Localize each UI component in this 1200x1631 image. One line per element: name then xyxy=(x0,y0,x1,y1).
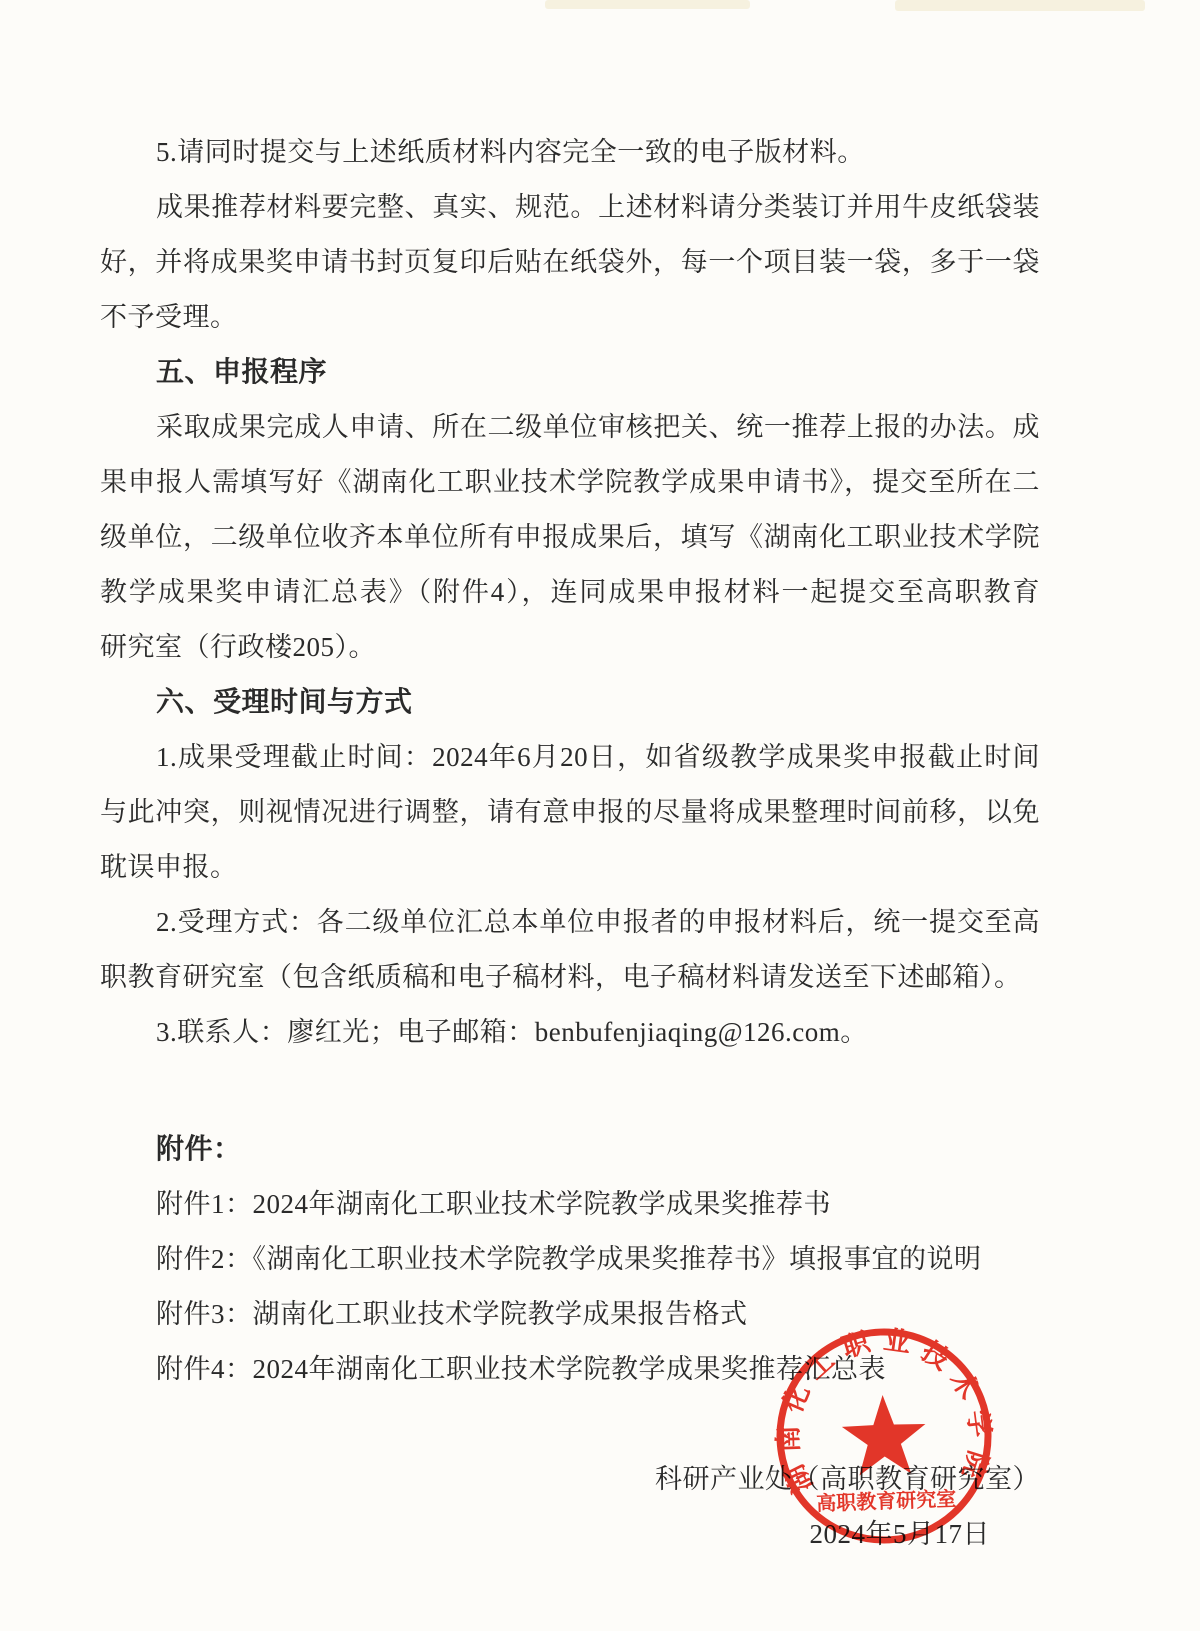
paragraph-line: 2.受理方式：各二级单位汇总本单位申报者的申报材料后，统一提交至高 xyxy=(100,895,1040,950)
paragraph-line: 好，并将成果奖申请书封页复印后贴在纸袋外，每一个项目装一袋，多于一袋 xyxy=(100,235,1040,290)
stamp-center-text: 高职教育研究室 xyxy=(816,1487,957,1516)
paragraph-line: 级单位，二级单位收齐本单位所有申报成果后，填写《湖南化工职业技术学院 xyxy=(100,510,1040,565)
attachment-item-1: 附件1：2024年湖南化工职业技术学院教学成果奖推荐书 xyxy=(100,1177,1040,1232)
paragraph-line: 耽误申报。 xyxy=(100,840,1040,895)
star-icon xyxy=(841,1394,927,1476)
attachments-heading: 附件： xyxy=(100,1122,1040,1177)
official-stamp: 湖南化工职业技术学院 高职教育研究室 xyxy=(755,1307,1014,1566)
paragraph-line: 不予受理。 xyxy=(100,290,1040,345)
paragraph-line: 与此冲突，则视情况进行调整，请有意申报的尽量将成果整理时间前移，以免 xyxy=(100,785,1040,840)
section-heading-5: 五、申报程序 xyxy=(100,345,1040,400)
paragraph-line: 5.请同时提交与上述纸质材料内容完全一致的电子版材料。 xyxy=(100,125,1040,180)
paragraph-line: 果申报人需填写好《湖南化工职业技术学院教学成果申请书》，提交至所在二 xyxy=(100,455,1040,510)
paragraph-line: 1.成果受理截止时间：2024年6月20日，如省级教学成果奖申报截止时间 xyxy=(100,730,1040,785)
paragraph-line: 采取成果完成人申请、所在二级单位审核把关、统一推荐上报的办法。成 xyxy=(100,400,1040,455)
paragraph-line: 成果推荐材料要完整、真实、规范。上述材料请分类装订并用牛皮纸袋装 xyxy=(100,180,1040,235)
paragraph-contact-line: 3.联系人：廖红光；电子邮箱：benbufenjiaqing@126.com。 xyxy=(100,1005,1040,1060)
scanned-document-page: 5.请同时提交与上述纸质材料内容完全一致的电子版材料。 成果推荐材料要完整、真实… xyxy=(0,0,1200,1631)
attachment-item-2: 附件2：《湖南化工职业技术学院教学成果奖推荐书》填报事宜的说明 xyxy=(100,1232,1040,1287)
paragraph-line: 研究室（行政楼205）。 xyxy=(100,620,1040,675)
section-heading-6: 六、受理时间与方式 xyxy=(100,675,1040,730)
paragraph-line: 职教育研究室（包含纸质稿和电子稿材料，电子稿材料请发送至下述邮箱）。 xyxy=(100,950,1040,1005)
paragraph-line: 教学成果奖申请汇总表》（附件4），连同成果申报材料一起提交至高职教育 xyxy=(100,565,1040,620)
